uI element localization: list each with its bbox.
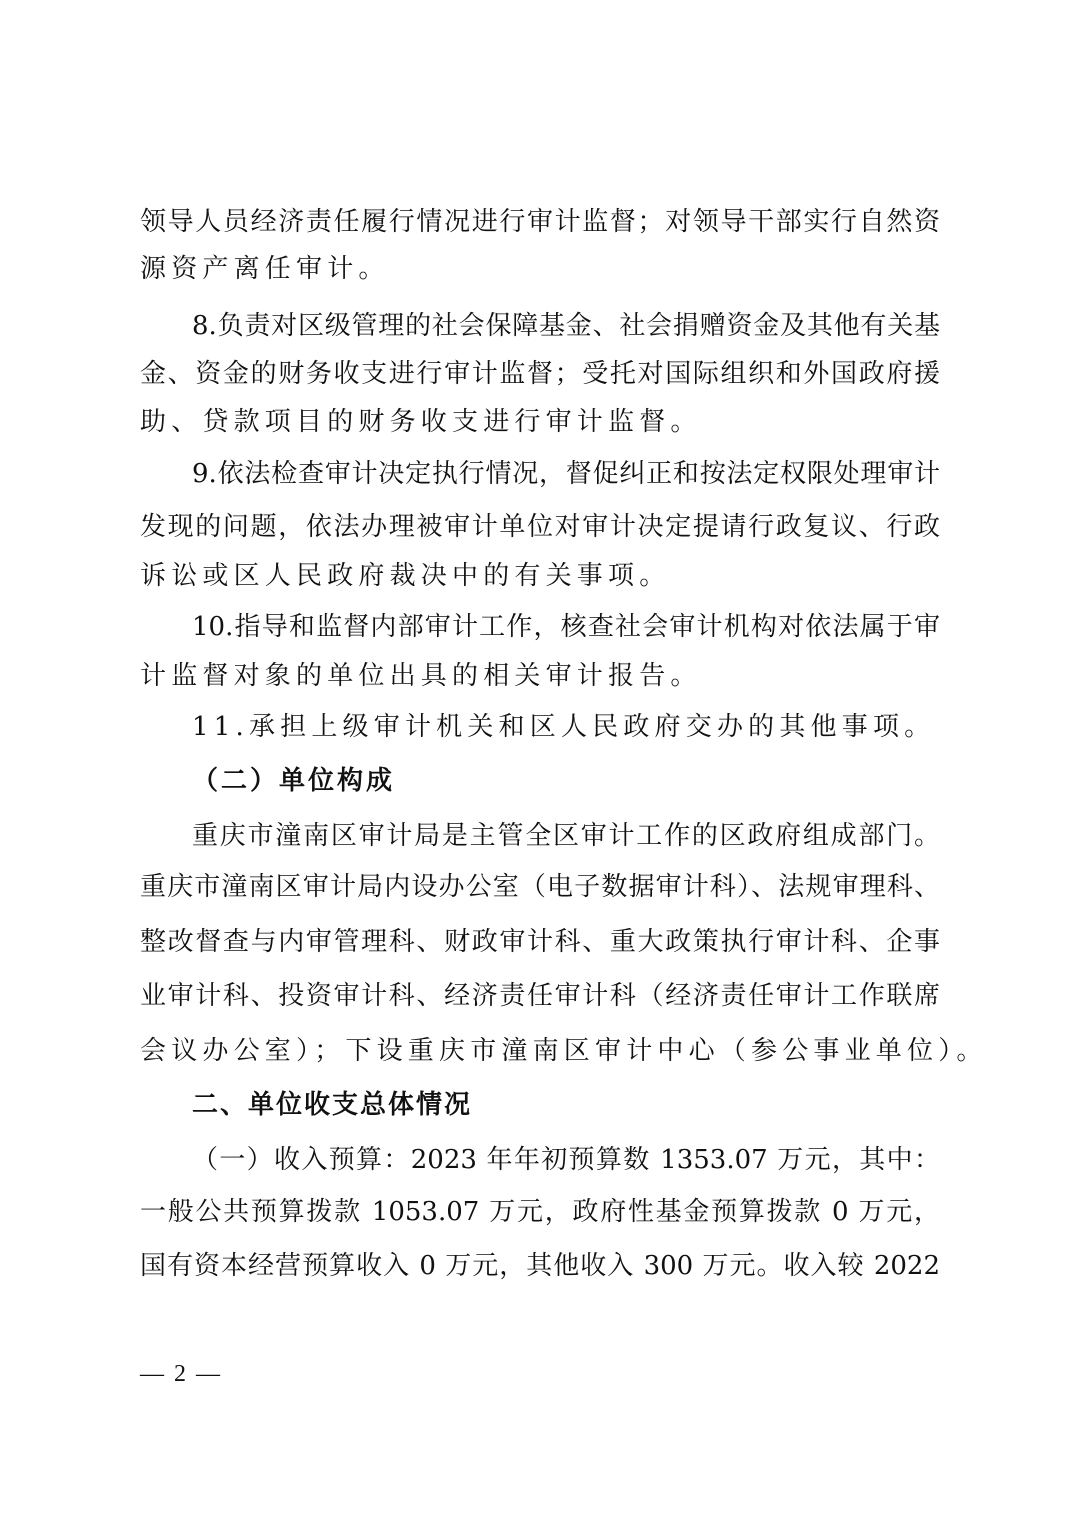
paragraph-line: 国有资本经营预算收入 0 万元，其他收入 300 万元。收入较 2022	[140, 1251, 940, 1281]
list-item-10: 10.指导和监督内部审计工作，核查社会审计机构对依法属于审	[192, 612, 940, 642]
paragraph-line: 整改督查与内审管理科、财政审计科、重大政策执行审计科、企事	[140, 927, 940, 957]
paragraph-line: 重庆市潼南区审计局内设办公室（电子数据审计科）、法规审理科、	[140, 872, 940, 902]
list-item-9: 9.依法检查审计决定执行情况，督促纠正和按法定权限处理审计	[192, 459, 940, 489]
list-item-8: 8.负责对区级管理的社会保障基金、社会捐赠资金及其他有关基	[192, 311, 940, 341]
section-heading-unit-composition: （二）单位构成	[192, 766, 940, 796]
paragraph-line: 计监督对象的单位出具的相关审计报告。	[140, 661, 940, 691]
paragraph-line: 发现的问题，依法办理被审计单位对审计决定提请行政复议、行政	[140, 512, 940, 542]
paragraph-line: 源资产离任审计。	[140, 254, 940, 284]
paragraph-line: （一）收入预算：2023 年年初预算数 1353.07 万元，其中：	[192, 1145, 940, 1175]
paragraph-line: 重庆市潼南区审计局是主管全区审计工作的区政府组成部门。	[192, 821, 940, 851]
paragraph-line: 会议办公室）；下设重庆市潼南区审计中心（参公事业单位）。	[140, 1036, 940, 1066]
paragraph-line: 一般公共预算拨款 1053.07 万元，政府性基金预算拨款 0 万元，	[140, 1197, 940, 1227]
document-page: 领导人员经济责任履行情况进行审计监督；对领导干部实行自然资 源资产离任审计。 8…	[0, 0, 1074, 1520]
paragraph-line: 助、贷款项目的财务收支进行审计监督。	[140, 407, 940, 437]
list-item-11: 11.承担上级审计机关和区人民政府交办的其他事项。	[192, 712, 940, 742]
section-heading-revenue-expenditure: 二、单位收支总体情况	[192, 1090, 940, 1120]
page-number: — 2 —	[140, 1360, 222, 1388]
paragraph-line: 金、资金的财务收支进行审计监督；受托对国际组织和外国政府援	[140, 359, 940, 389]
paragraph-line: 业审计科、投资审计科、经济责任审计科（经济责任审计工作联席	[140, 981, 940, 1011]
paragraph-line: 领导人员经济责任履行情况进行审计监督；对领导干部实行自然资	[140, 207, 940, 237]
paragraph-line: 诉讼或区人民政府裁决中的有关事项。	[140, 561, 940, 591]
